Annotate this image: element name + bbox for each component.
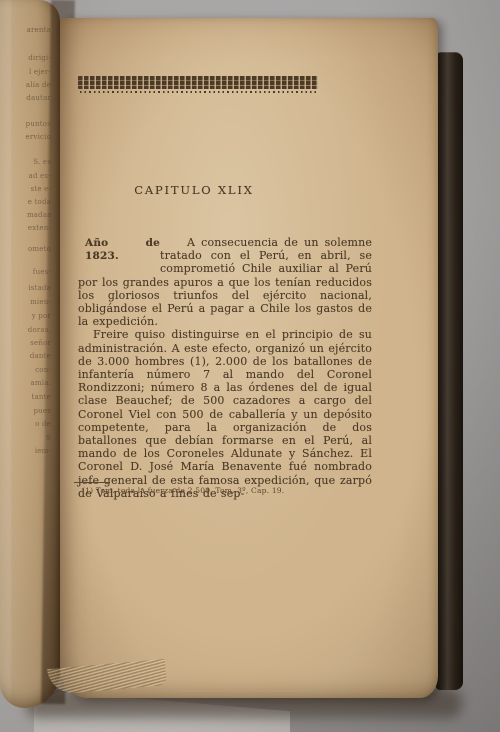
paragraph-2-text: Freire quiso distinguirse en el principi… (78, 328, 372, 499)
footnote-rule (74, 482, 110, 483)
ornament-band (78, 76, 318, 93)
page-edge-text-fragment: puntos (26, 120, 51, 128)
page-edge-text-fragment: ervicio (26, 133, 51, 141)
paragraph-1: Año de 1823. A consecuencia de un solemn… (78, 236, 372, 328)
page-edge-text-fragment: dautar (26, 94, 51, 102)
book-page: CAPITULO XLIX Año de 1823. A consecuenci… (60, 18, 438, 698)
ornament-blocks (78, 76, 318, 89)
ornament-dotted-rule (80, 91, 316, 93)
paragraph-2: Freire quiso distinguirse en el principi… (78, 328, 372, 500)
body-text-block: Año de 1823. A consecuencia de un solemn… (78, 236, 372, 500)
chapter-heading: CAPITULO XLIX (68, 183, 320, 197)
page-edge-text-fragment: dirigi- (28, 54, 51, 62)
book-back-cover-edge (436, 52, 463, 690)
page-edge-text-fragment: l ejer- (29, 68, 51, 76)
margin-note-year: Año de 1823. (78, 236, 160, 263)
page-edge-text-fragment: arenta (27, 26, 51, 34)
book-photograph: arentadirigi-l ejer-alía dedautarpuntose… (0, 0, 500, 732)
footnote: (1) Tom. toda la fuerza de 2.500. Tom. 3… (82, 486, 370, 495)
page-edge-text-fragment: alía de (26, 81, 51, 89)
